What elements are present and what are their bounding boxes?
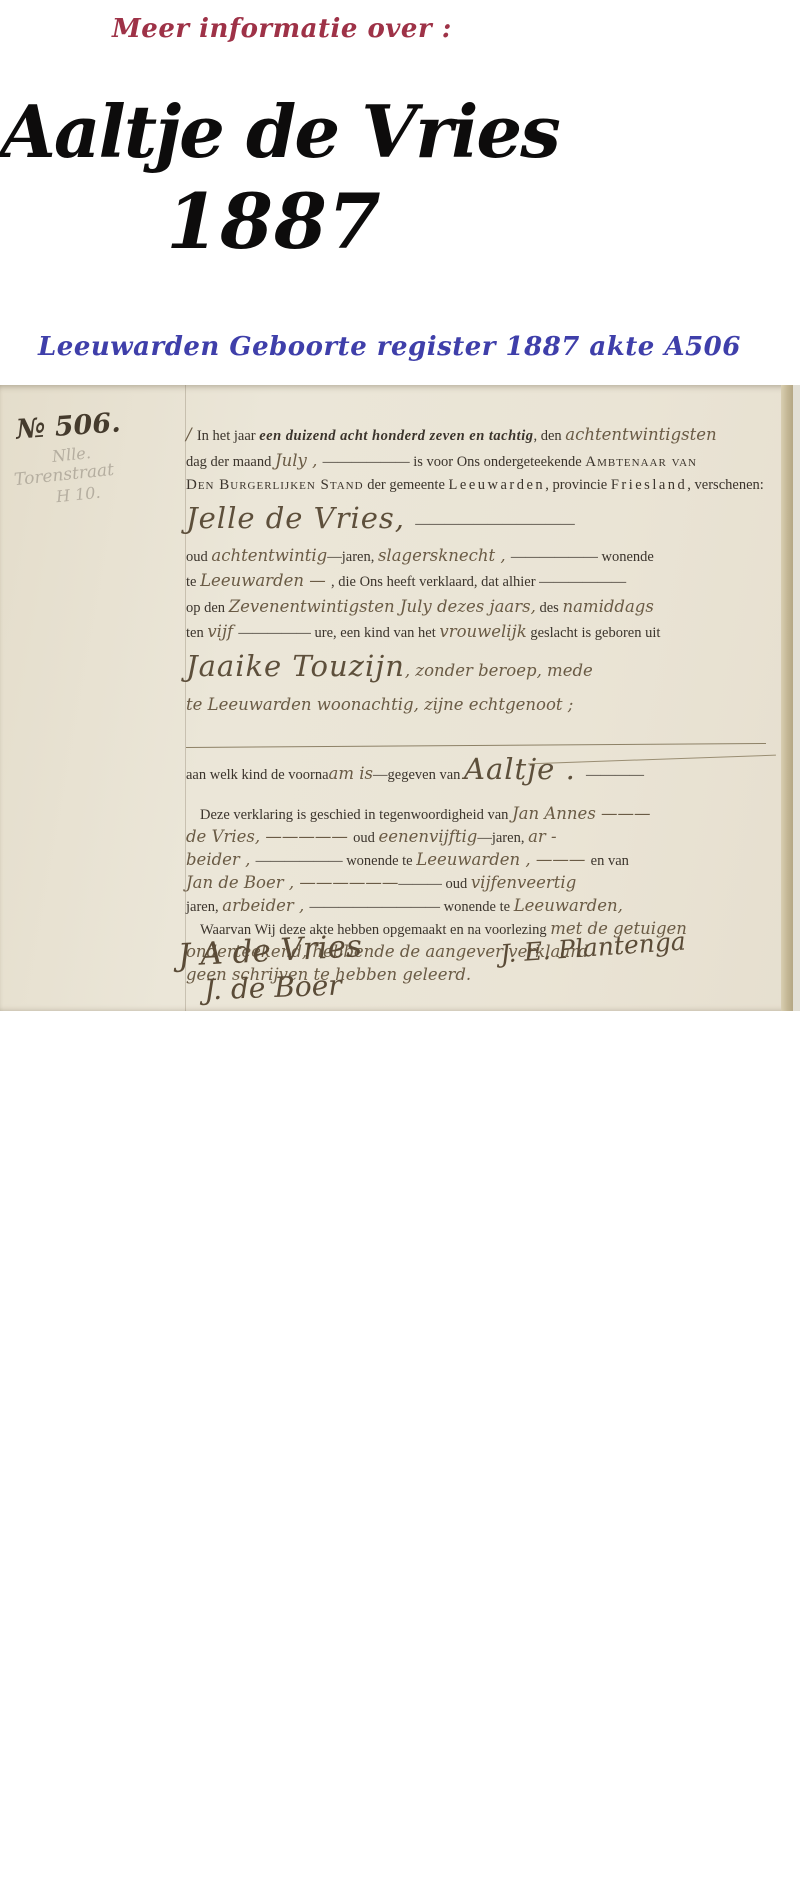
doc-line: Jaaike Touzijn, zonder beroep, mede bbox=[186, 646, 782, 692]
doc-line: ten vijf ————— ure, een kind van het vro… bbox=[186, 620, 782, 646]
title-block: Aaltje de Vries 1887 bbox=[0, 86, 548, 266]
handwritten-text: te Leeuwarden woonachtig, zijne echtgeno… bbox=[186, 695, 573, 714]
doc-line: / In het jaar een duizend acht honderd z… bbox=[186, 423, 782, 449]
printed-text: —jaren, bbox=[477, 830, 528, 846]
printed-text: , provincie bbox=[545, 477, 611, 493]
printed-text: —————— wonende bbox=[511, 549, 654, 565]
printed-text: een duizend acht honderd zeven en tachti… bbox=[259, 428, 533, 444]
printed-text: In het jaar bbox=[197, 428, 259, 444]
printed-text: ——— oud bbox=[398, 876, 471, 892]
act-number: № 506. bbox=[15, 407, 121, 445]
handwritten-text: eenenvijftig bbox=[379, 827, 478, 846]
printed-text: , die Ons heeft verklaard, dat alhier ——… bbox=[331, 574, 626, 590]
printed-text: geslacht is geboren uit bbox=[527, 625, 661, 641]
printed-text: te bbox=[186, 574, 200, 590]
handwritten-text: vrouwelijk bbox=[439, 622, 526, 641]
printed-text: ————————— wonende te bbox=[310, 899, 514, 915]
doc-line: Jan de Boer , ————————— oud vijfenveerti… bbox=[186, 872, 782, 895]
handwritten-text: Leeuwarden , ——— bbox=[416, 850, 590, 869]
doc-line: aan welk kind de voornaam is—gegeven van… bbox=[186, 749, 782, 795]
handwritten-text: achtentwintigsten bbox=[565, 425, 716, 444]
printed-text: jaren, bbox=[186, 899, 222, 915]
handwritten-text: vijf bbox=[207, 622, 238, 641]
handwritten-text: arbeider , bbox=[222, 896, 309, 915]
printed-text: dag der maand bbox=[186, 454, 275, 470]
handwritten-text: ar - bbox=[528, 827, 557, 846]
doc-line: te Leeuwarden woonachtig, zijne echtgeno… bbox=[186, 692, 782, 719]
printed-text: Friesland bbox=[611, 477, 687, 493]
handwritten-text: Jan Annes ——— bbox=[512, 804, 650, 823]
handwritten-text: Jelle de Vries, bbox=[186, 501, 415, 535]
year-title: 1887 bbox=[0, 178, 548, 266]
printed-text: —————— is voor Ons ondergeteekende bbox=[323, 454, 586, 470]
handwritten-text: Leeuwarden — bbox=[200, 571, 331, 590]
doc-line: te Leeuwarden — , die Ons heeft verklaar… bbox=[186, 569, 782, 595]
doc-line: Den Burgerlijken Stand der gemeente Leeu… bbox=[186, 474, 782, 498]
handwritten-text: namiddags bbox=[562, 597, 653, 616]
doc-line: beider , —————— wonende te Leeuwarden , … bbox=[186, 849, 782, 872]
printed-text: en van bbox=[591, 853, 629, 869]
printed-text: —jaren, bbox=[327, 549, 378, 565]
handwritten-text: Aaltje . bbox=[464, 752, 586, 786]
handwritten-text: beider , bbox=[186, 850, 256, 869]
handwritten-text: Jan de Boer , —————— bbox=[186, 873, 398, 892]
printed-text: , den bbox=[533, 428, 565, 444]
printed-text: der gemeente bbox=[364, 477, 449, 493]
printed-text: ————— ure, een kind van het bbox=[238, 625, 439, 641]
handwritten-text: , zonder beroep, mede bbox=[405, 661, 593, 680]
handwritten-text: am is bbox=[329, 764, 373, 783]
margin-pencil-housenumber: H 10. bbox=[55, 483, 101, 507]
handwritten-text: vijfenveertig bbox=[471, 873, 576, 892]
register-subtitle: Leeuwarden Geboorte register 1887 akte A… bbox=[38, 332, 741, 362]
handwritten-text: July , bbox=[275, 451, 323, 470]
handwritten-text: Jaaike Touzijn bbox=[186, 649, 405, 683]
printed-text: oud bbox=[186, 549, 211, 565]
printed-text: ten bbox=[186, 625, 207, 641]
printed-text: Leeuwarden bbox=[449, 477, 546, 493]
doc-line: jaren, arbeider , ————————— wonende te L… bbox=[186, 895, 782, 918]
handwritten-text: de Vries, ————— bbox=[186, 827, 353, 846]
handwritten-text: achtentwintig bbox=[211, 546, 327, 565]
doc-line: Jelle de Vries, ——————————— bbox=[186, 498, 782, 544]
printed-text: ——————————— bbox=[415, 516, 575, 532]
paper-outer-edge bbox=[793, 385, 800, 1011]
printed-text: Den Burgerlijken Stand bbox=[186, 477, 364, 493]
printed-text: op den bbox=[186, 600, 229, 616]
printed-text: Deze verklaring is geschied in tegenwoor… bbox=[200, 807, 512, 823]
person-name-title: Aaltje de Vries bbox=[0, 86, 548, 178]
doc-line: de Vries, ————— oud eenenvijftig—jaren, … bbox=[186, 826, 782, 849]
printed-text: Ambtenaar van bbox=[585, 454, 697, 470]
signature-witness: J. de Boer bbox=[203, 969, 342, 1007]
doc-line: Deze verklaring is geschied in tegenwoor… bbox=[186, 803, 782, 826]
printed-text: , verschenen: bbox=[687, 477, 764, 493]
printed-text: oud bbox=[353, 830, 378, 846]
eyebrow-text: Meer informatie over : bbox=[112, 14, 452, 44]
printed-text: —gegeven van bbox=[373, 767, 464, 783]
doc-line: op den Zevenentwintigsten July dezes jaa… bbox=[186, 595, 782, 621]
handwritten-text: Leeuwarden, bbox=[514, 896, 623, 915]
printed-text: ———— bbox=[586, 767, 644, 783]
printed-text: des bbox=[536, 600, 563, 616]
handwritten-text: Zevenentwintigsten July dezes jaars, bbox=[229, 597, 536, 616]
doc-line: dag der maand July , —————— is voor Ons … bbox=[186, 449, 782, 475]
printed-text: —————— wonende te bbox=[256, 853, 417, 869]
doc-line: oud achtentwintig—jaren, slagersknecht ,… bbox=[186, 544, 782, 570]
printed-text: aan welk kind de voorna bbox=[186, 767, 329, 783]
doc-lines: / In het jaar een duizend acht honderd z… bbox=[186, 423, 782, 987]
paper-right-edge bbox=[781, 385, 793, 1011]
birth-certificate-scan: № 506. Nlle. Torenstraat H 10. / In het … bbox=[0, 385, 800, 1011]
handwritten-text: slagersknecht , bbox=[378, 546, 511, 565]
handwritten-text: / bbox=[186, 425, 197, 444]
